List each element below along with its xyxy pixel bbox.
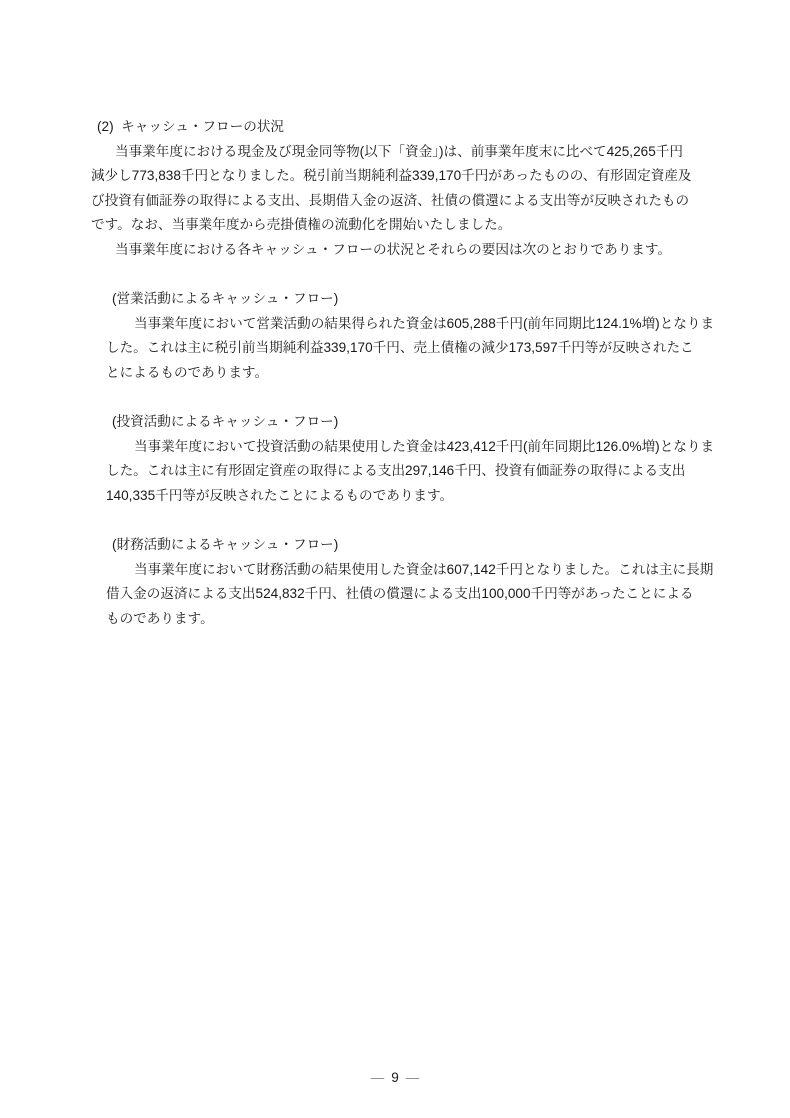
subsection-heading-financing: (財務活動によるキャッシュ・フロー) (112, 533, 731, 558)
subsection-heading-operating: (営業活動によるキャッシュ・フロー) (112, 287, 731, 312)
section-heading-cash-flow: (2) キャッシュ・フローの状況 (97, 115, 731, 140)
subsection-heading-investing: (投資活動によるキャッシュ・フロー) (112, 410, 731, 435)
footer-dash-right: ― (406, 1070, 420, 1085)
page-content: (2) キャッシュ・フローの状況 当事業年度における現金及び現金同等物(以下「資… (91, 115, 731, 631)
intro-paragraph-1: 当事業年度における現金及び現金同等物(以下「資金」)は、前事業年度末に比べて42… (91, 140, 731, 238)
subsection-investing-cash-flow: (投資活動によるキャッシュ・フロー) 当事業年度において投資活動の結果使用した資… (106, 410, 731, 508)
subsection-operating-cash-flow: (営業活動によるキャッシュ・フロー) 当事業年度において営業活動の結果得られた資… (106, 287, 731, 385)
intro-paragraph-2: 当事業年度における各キャッシュ・フローの状況とそれらの要因は次のとおりであります… (91, 238, 731, 263)
subsection-financing-cash-flow: (財務活動によるキャッシュ・フロー) 当事業年度において財務活動の結果使用した資… (106, 533, 731, 631)
page-footer: ―9― (0, 1066, 790, 1091)
document-page: (2) キャッシュ・フローの状況 当事業年度における現金及び現金同等物(以下「資… (0, 0, 790, 1118)
footer-dash-left: ― (371, 1070, 385, 1085)
subsection-body-operating: 当事業年度において営業活動の結果得られた資金は605,288千円(前年同期比12… (106, 312, 731, 386)
page-number: 9 (391, 1070, 399, 1085)
subsection-body-financing: 当事業年度において財務活動の結果使用した資金は607,142千円となりました。こ… (106, 558, 731, 632)
subsection-body-investing: 当事業年度において投資活動の結果使用した資金は423,412千円(前年同期比12… (106, 435, 731, 509)
